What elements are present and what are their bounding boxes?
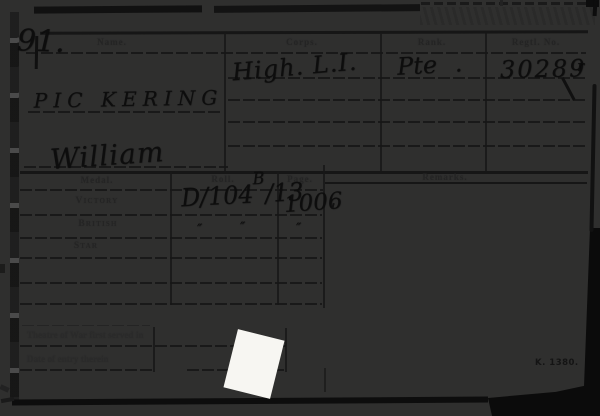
roll-ditto-mark: ″ [197, 222, 202, 238]
british-medal-label: British [78, 219, 117, 229]
card-top-border [421, 2, 593, 5]
roll-ditto-mark: ″ [240, 220, 245, 236]
date-underline [20, 369, 153, 371]
write-on-rule [228, 99, 585, 101]
roll-superscript: B [252, 169, 265, 190]
scan-artifact [0, 264, 5, 273]
card-left-edge [10, 12, 19, 400]
column-divider-page-remarks [324, 368, 326, 392]
ref-number-pen-stroke [35, 36, 39, 69]
card-ref-number: 91. [16, 23, 65, 60]
form-number: K. 1380. [535, 358, 579, 368]
medal-row-rule [20, 282, 322, 284]
remarks-column-header: Remarks. [422, 172, 467, 182]
scan-smudge [420, 7, 595, 25]
column-divider-page-remarks [323, 165, 325, 308]
column-divider-name-corps [224, 33, 226, 171]
medal-row-rule [20, 303, 322, 305]
column-divider-rank-regtl [485, 33, 487, 171]
date-of-entry-label: Date of entry therein [27, 354, 109, 364]
medal-column-header: Medal. [81, 175, 114, 185]
medal-row-rule [20, 214, 322, 216]
medal-index-card-scan: Name. Corps. Rank. Regtl. No. Medal. Rol… [0, 0, 600, 416]
victory-medal-label: Victory [76, 196, 119, 206]
star-medal-label: Star [74, 241, 98, 251]
theatre-underline [20, 345, 242, 347]
rank-column-header: Rank. [418, 37, 446, 47]
medal-row-rule [20, 257, 322, 259]
card-top-border [34, 5, 202, 13]
column-divider-corps-rank [380, 33, 382, 171]
roll-prefix: D/104 [180, 180, 254, 213]
write-on-rule [228, 145, 585, 147]
medal-row-rule [20, 237, 322, 239]
regtl-no-handwritten: 30289 [500, 54, 587, 84]
footer-right-divider [285, 328, 287, 372]
page-ditto-mark: ″ [296, 221, 301, 237]
regtl-no-tail-mark: r [577, 57, 584, 75]
rank-handwritten: Pte . [396, 49, 463, 80]
scan-artifact [500, 0, 503, 6]
footer-divider [153, 327, 155, 372]
remarks-header-rule [325, 182, 587, 184]
write-on-rule [228, 121, 585, 123]
surname-handwritten: PIC KERING [31, 85, 225, 112]
regtl-no-column-header: Regtl. No. [512, 37, 560, 47]
footer-top-rule [22, 325, 150, 326]
name-column-header: Name. [97, 37, 127, 47]
theatre-of-war-label: Theatre of War first served in [27, 330, 144, 340]
corps-column-header: Corps. [286, 37, 318, 47]
